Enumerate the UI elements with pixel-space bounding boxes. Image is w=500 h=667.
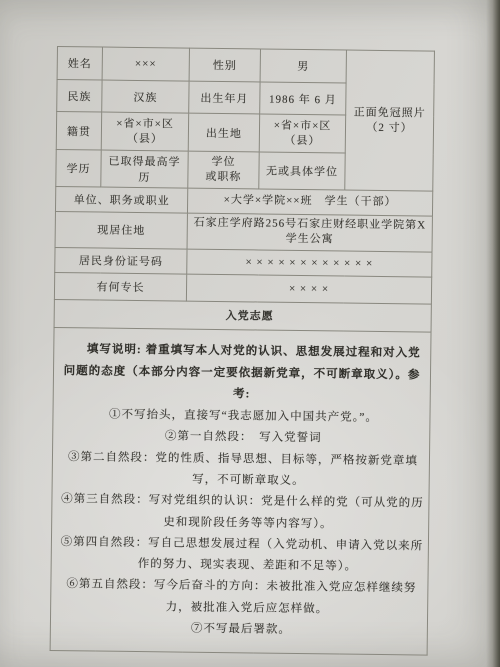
unit-value: ×大学×学院××班 学生（干部） (187, 188, 432, 216)
photo-placeholder-box: 正面免冠照片 （2 寸） (345, 50, 435, 191)
instruction-item-4: ④第三自然段：写对党组织的认识：党是什么样的党（可从党的历史和现阶段任务等等内容… (60, 489, 424, 536)
party-application-form: 姓名 ××× 性别 男 正面免冠照片 （2 寸） 民族 汉族 出生年月 1986… (50, 46, 434, 655)
birth-date-label: 出生年月 (189, 81, 260, 114)
document-photo-background: 姓名 ××× 性别 男 正面免冠照片 （2 寸） 民族 汉族 出生年月 1986… (0, 0, 500, 667)
id-number-value: × × × × × × × × × × × × (187, 249, 432, 277)
ethnicity-value: 汉族 (102, 80, 189, 113)
personal-info-table: 姓名 ××× 性别 男 正面免冠照片 （2 寸） 民族 汉族 出生年月 1986… (50, 46, 435, 655)
gender-label: 性别 (189, 48, 260, 82)
gender-value: 男 (260, 49, 346, 83)
birthplace-label: 出生地 (188, 113, 259, 152)
id-number-label: 居民身份证号码 (55, 247, 187, 274)
row-name-gender: 姓名 ××× 性别 男 正面免冠照片 （2 寸） (57, 47, 434, 85)
degree-label: 学位 或职称 (188, 151, 259, 189)
education-label: 学历 (56, 149, 101, 187)
ethnicity-label: 民族 (57, 80, 102, 113)
unit-label: 单位、职务或职业 (55, 186, 187, 213)
instructions-list: ①不写抬头，直接写“我志愿加入中国共产党。”。 ②第一自然段： 写入党誓词 ③第… (55, 404, 426, 642)
instruction-item-7: ⑦不写最后署款。 (59, 617, 423, 643)
specialty-label: 有何专长 (54, 272, 186, 301)
education-value: 已取得最高学历 (101, 150, 188, 188)
degree-value: 无或具体学位 (259, 152, 345, 190)
native-place-value: ×省×市×区 （县） (101, 112, 188, 151)
specialty-value: × × × × (186, 274, 431, 304)
residence-value: 石家庄学府路256号石家庄财经职业学院第X学生公寓 (187, 213, 432, 252)
residence-label: 现居住地 (55, 211, 187, 248)
instructions-intro: 填写说明: 着重填写本人对党的认识、思想发展过程和对入党问题的态度（本部分内容一… (58, 339, 427, 407)
row-instructions: 填写说明: 着重填写本人对党的认识、思想发展过程和对入党问题的态度（本部分内容一… (50, 327, 431, 655)
name-value: ××× (102, 47, 189, 81)
instruction-item-3: ③第二自然段：党的性质、指导思想、目标等，严格按新党章填写，不可断章取义。 (61, 447, 425, 494)
instructions-box: 填写说明: 着重填写本人对党的认识、思想发展过程和对入党问题的态度（本部分内容一… (50, 327, 431, 655)
native-place-label: 籍贯 (56, 112, 101, 151)
birth-date-value: 1986 年 6 月 (260, 82, 346, 115)
name-label: 姓名 (57, 47, 102, 81)
page-right-edge-shadow (486, 0, 500, 667)
instruction-item-6: ⑥第五自然段：写今后奋斗的方向：未被批准入党应怎样继续努力，被批准入党后应怎样做… (59, 574, 423, 621)
instruction-item-5: ⑤第四自然段：写自己思想发展过程（入党动机、申请入党以来所作的努力、现实表现、差… (60, 532, 424, 579)
birthplace-value: ×省×市×区 （县） (259, 114, 345, 153)
row-residence: 现居住地 石家庄学府路256号石家庄财经职业学院第X学生公寓 (55, 211, 432, 251)
